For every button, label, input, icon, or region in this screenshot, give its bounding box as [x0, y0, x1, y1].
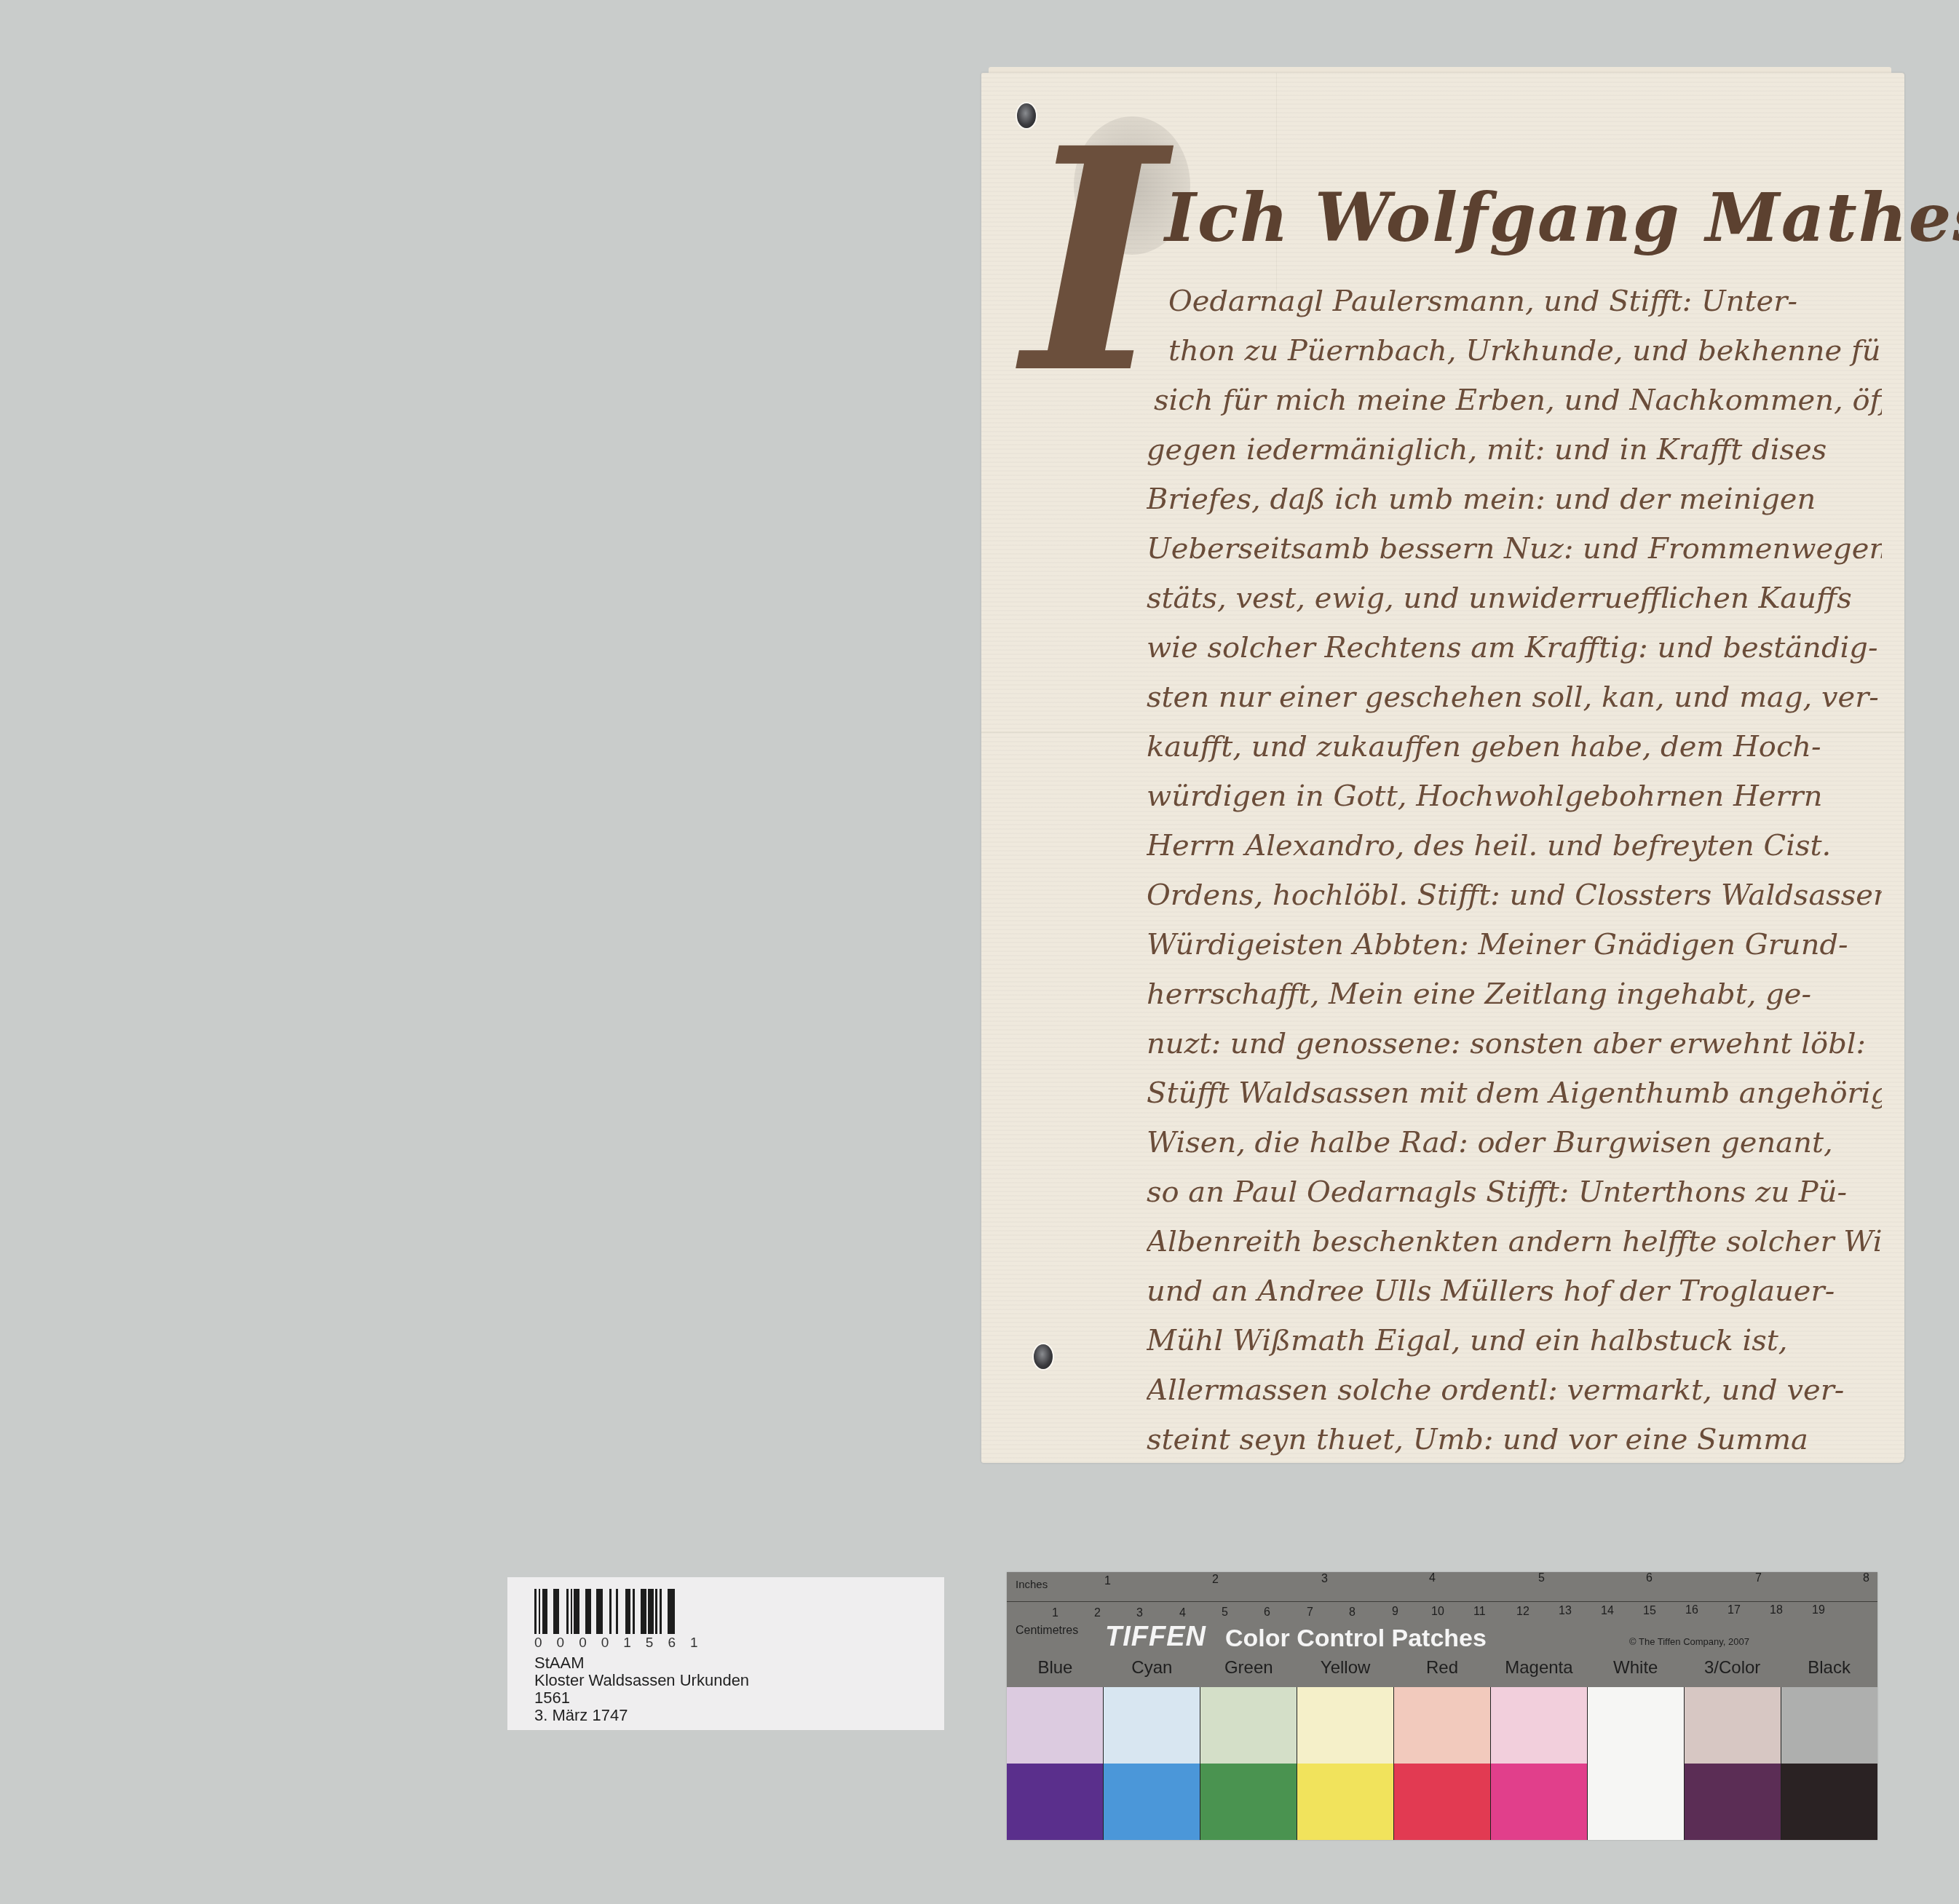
cm-tick-label: 16: [1685, 1604, 1698, 1617]
text-line: stäts, vest, ewig, und unwiderrueffliche…: [1147, 574, 1882, 623]
inch-ruler: Inches 1 2 3 4 5 6 7 8: [1007, 1572, 1877, 1602]
dark-patches: [1007, 1764, 1877, 1840]
document-date: 3. März 1747: [534, 1707, 749, 1724]
text-line: Ordens, hochlöbl. Stifft: und Clossters …: [1147, 870, 1882, 920]
text-line: Mühl Wißmath Eigal, und ein halbstuck is…: [1147, 1316, 1882, 1365]
patch-label-cyan: Cyan: [1104, 1658, 1200, 1684]
cm-tick-label: 13: [1559, 1605, 1572, 1618]
cm-tick-label: 18: [1770, 1604, 1783, 1617]
label-text: StAAM Kloster Waldsassen Urkunden 1561 3…: [534, 1654, 749, 1724]
collection-name: Kloster Waldsassen Urkunden: [534, 1672, 749, 1689]
document-heading: Ich Wolfgang Mathes: [1165, 178, 1959, 257]
cm-tick-label: 17: [1728, 1604, 1741, 1617]
patch-blue-light: [1007, 1687, 1104, 1764]
document-number: 1561: [534, 1689, 749, 1707]
inches-label: Inches: [1016, 1579, 1048, 1591]
patch-label-blue: Blue: [1007, 1658, 1104, 1684]
text-line: Stüfft Waldsassen mit dem Aigenthumb ang…: [1147, 1068, 1882, 1118]
manuscript-text: Oedarnagl Paulersmann, und Stifft: Unter…: [1147, 277, 1882, 1464]
text-line: Briefes, daß ich umb mein: und der meini…: [1147, 475, 1882, 524]
inch-tick-label: 1: [1104, 1575, 1111, 1588]
cm-tick-label: 1: [1052, 1607, 1058, 1620]
text-line: gegen iedermäniglich, mit: und in Krafft…: [1147, 425, 1882, 475]
inch-tick-label: 4: [1429, 1572, 1436, 1585]
text-line: wie solcher Rechtens am Krafftig: und be…: [1147, 623, 1882, 673]
text-line: Herrn Alexandro, des heil. und befreyten…: [1147, 821, 1882, 870]
cm-tick-label: 14: [1601, 1605, 1614, 1618]
inch-tick-label: 5: [1538, 1572, 1545, 1585]
patch-label-black: Black: [1781, 1658, 1877, 1684]
copyright-notice: © The Tiffen Company, 2007: [1629, 1636, 1749, 1647]
centimetres-label: Centimetres: [1016, 1625, 1078, 1638]
patch-label-white: White: [1587, 1658, 1684, 1684]
cm-tick-label: 11: [1473, 1606, 1486, 1619]
text-line: herrschafft, Mein eine Zeitlang ingehabt…: [1147, 969, 1882, 1019]
patch-green-dark: [1200, 1764, 1297, 1840]
patch-magenta-dark: [1491, 1764, 1588, 1840]
tiffen-logo: TIFFEN: [1105, 1622, 1206, 1653]
cm-tick-label: 8: [1349, 1606, 1356, 1619]
text-line: sten nur einer geschehen soll, kan, und …: [1147, 673, 1882, 722]
cm-tick-label: 3: [1136, 1607, 1143, 1620]
inch-tick-label: 6: [1646, 1572, 1653, 1585]
patch-magenta-light: [1491, 1687, 1588, 1764]
text-line: nuzt: und genossene: sonsten aber erwehn…: [1147, 1019, 1882, 1068]
patch-yellow-light: [1297, 1687, 1394, 1764]
inch-tick-label: 2: [1212, 1574, 1219, 1587]
color-control-target: Inches 1 2 3 4 5 6 7 8 1 2 3 4 5 6 7 8 9…: [1007, 1572, 1877, 1840]
patch-label-green: Green: [1200, 1658, 1297, 1684]
patch-label-magenta: Magenta: [1490, 1658, 1587, 1684]
text-line: thon zu Püernbach, Urkhunde, und bekhenn…: [1147, 326, 1882, 376]
text-line: und an Andree Ulls Müllers hof der Trogl…: [1147, 1266, 1882, 1316]
patch-cyan-light: [1104, 1687, 1200, 1764]
patch-3color-light: [1685, 1687, 1781, 1764]
cm-tick-label: 4: [1179, 1607, 1186, 1620]
text-line: sich für mich meine Erben, und Nachkomme…: [1147, 376, 1882, 425]
inch-tick-label: 8: [1863, 1572, 1869, 1585]
cm-tick-label: 9: [1392, 1606, 1398, 1619]
patch-label-3color: 3/Color: [1684, 1658, 1781, 1684]
patch-white: [1588, 1687, 1685, 1764]
text-line: Ueberseitsamb bessern Nuz: und Frommenwe…: [1147, 524, 1882, 574]
inch-tick-label: 7: [1755, 1572, 1762, 1585]
patch-black-light: [1781, 1687, 1877, 1764]
text-line: Allermassen solche ordentl: vermarkt, un…: [1147, 1365, 1882, 1415]
text-line: Albenreith beschenkten andern helffte so…: [1147, 1217, 1882, 1266]
archive-label-card: 00001561 StAAM Kloster Waldsassen Urkund…: [507, 1577, 944, 1730]
patch-cyan-dark: [1104, 1764, 1200, 1840]
patch-labels: Blue Cyan Green Yellow Red Magenta White…: [1007, 1658, 1877, 1684]
cm-tick-label: 7: [1307, 1606, 1313, 1619]
cm-tick-label: 15: [1643, 1605, 1656, 1618]
cm-tick-label: 6: [1264, 1606, 1270, 1619]
cm-tick-label: 10: [1431, 1606, 1444, 1619]
cm-tick-label: 5: [1222, 1606, 1228, 1619]
patch-blue-dark: [1007, 1764, 1104, 1840]
text-line: steint seyn thuet, Umb: und vor eine Sum…: [1147, 1415, 1882, 1464]
patch-black-dark: [1781, 1764, 1877, 1840]
light-patches: [1007, 1687, 1877, 1764]
patch-label-red: Red: [1394, 1658, 1491, 1684]
cm-tick-label: 19: [1812, 1604, 1825, 1617]
patch-green-light: [1200, 1687, 1297, 1764]
text-line: Würdigeisten Abbten: Meiner Gnädigen Gru…: [1147, 920, 1882, 969]
text-line: kaufft, und zukauffen geben habe, dem Ho…: [1147, 722, 1882, 771]
patch-red-light: [1394, 1687, 1491, 1764]
text-line: würdigen in Gott, Hochwohlgebohrnen Herr…: [1147, 771, 1882, 821]
text-line: Oedarnagl Paulersmann, und Stifft: Unter…: [1147, 277, 1882, 326]
text-line: Wisen, die halbe Rad: oder Burgwisen gen…: [1147, 1118, 1882, 1167]
barcode-icon: [534, 1589, 675, 1634]
patch-3color-dark: [1685, 1764, 1781, 1840]
target-title: Color Control Patches: [1225, 1625, 1487, 1653]
archive-name: StAAM: [534, 1654, 749, 1672]
text-line: so an Paul Oedarnagls Stifft: Unterthons…: [1147, 1167, 1882, 1217]
cm-tick-label: 2: [1094, 1607, 1101, 1620]
patch-red-dark: [1394, 1764, 1491, 1840]
barcode-number: 00001561: [534, 1635, 713, 1651]
patch-white-lower: [1588, 1764, 1685, 1840]
cm-tick-label: 12: [1516, 1606, 1529, 1619]
inch-tick-label: 3: [1321, 1573, 1328, 1586]
patch-label-yellow: Yellow: [1297, 1658, 1394, 1684]
punch-hole-bottom-icon: [1032, 1343, 1054, 1371]
patch-yellow-dark: [1297, 1764, 1394, 1840]
